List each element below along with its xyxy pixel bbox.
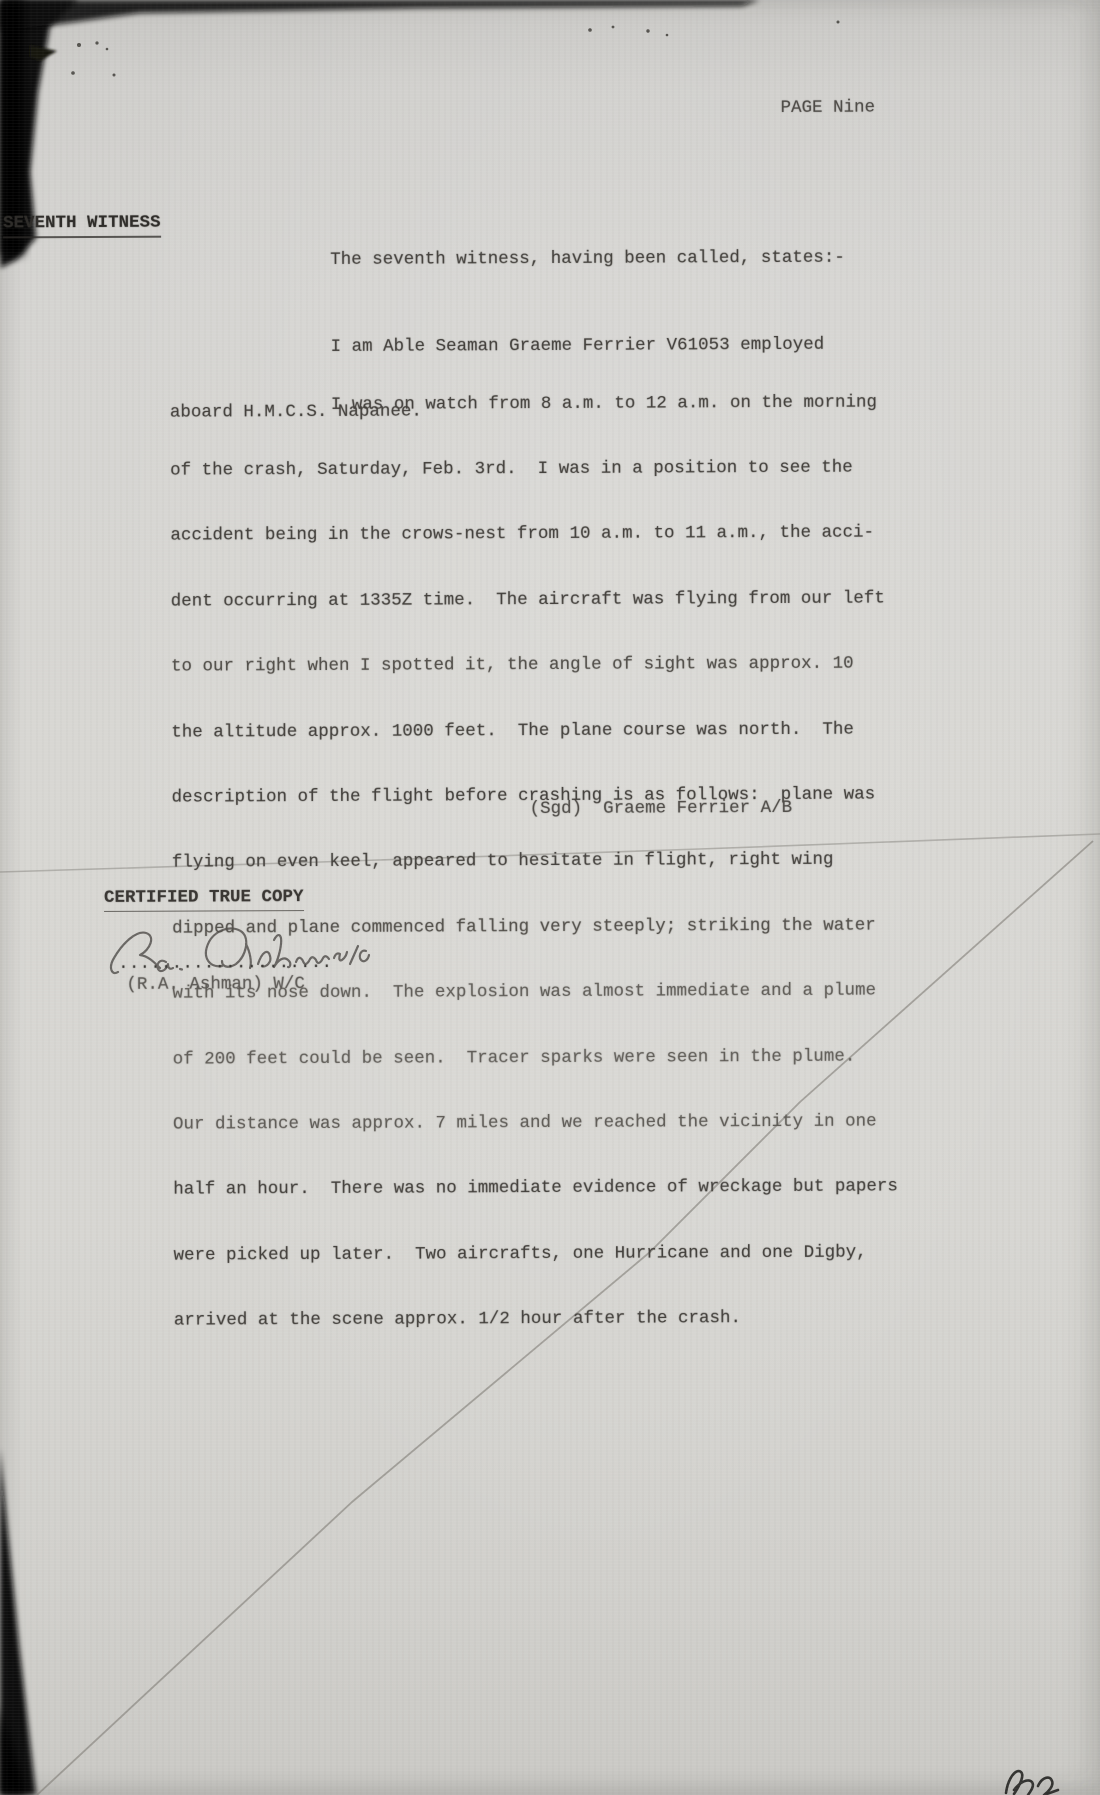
statement-line: arrived at the scene approx. 1/2 hour af… [174, 1308, 899, 1333]
typed-content: PAGE Nine SEVENTH WITNESS The seventh wi… [0, 0, 1100, 1795]
document-page: PAGE Nine SEVENTH WITNESS The seventh wi… [0, 0, 1100, 1795]
statement-line: were picked up later. Two aircrafts, one… [174, 1242, 899, 1267]
statement-line: accident being in the crows-nest from 10… [170, 523, 895, 548]
statement-line: Our distance was approx. 7 miles and we … [173, 1111, 898, 1136]
certifier-typed-name: (R.A. Ashman) W/C [126, 974, 305, 997]
signature-dotted-line: .................... [118, 953, 332, 976]
statement-line: dent occurring at 1335Z time. The aircra… [171, 588, 896, 613]
statement-line: of the crash, Saturday, Feb. 3rd. I was … [170, 457, 895, 482]
certified-true-copy-heading: CERTIFIED TRUE COPY [104, 887, 304, 912]
signed-by-line: (Sgd) Graeme Ferrier A/B [530, 798, 793, 821]
intro-line: The seventh witness, having been called,… [330, 248, 845, 272]
statement-line: I was on watch from 8 a.m. to 12 a.m. on… [170, 392, 895, 417]
witness-statement-paragraph: I was on watch from 8 a.m. to 12 a.m. on… [170, 348, 899, 1376]
page-number-label: PAGE Nine [781, 98, 876, 120]
statement-line: to our right when I spotted it, the angl… [171, 654, 896, 679]
statement-line: of 200 feet could be seen. Tracer sparks… [173, 1046, 898, 1071]
statement-line: half an hour. There was no immediate evi… [173, 1177, 898, 1202]
section-heading: SEVENTH WITNESS [3, 213, 161, 238]
statement-line: dipped and plane commenced falling very … [172, 915, 897, 940]
statement-line: flying on even keel, appeared to hesitat… [172, 850, 897, 875]
statement-line: the altitude approx. 1000 feet. The plan… [171, 719, 896, 744]
